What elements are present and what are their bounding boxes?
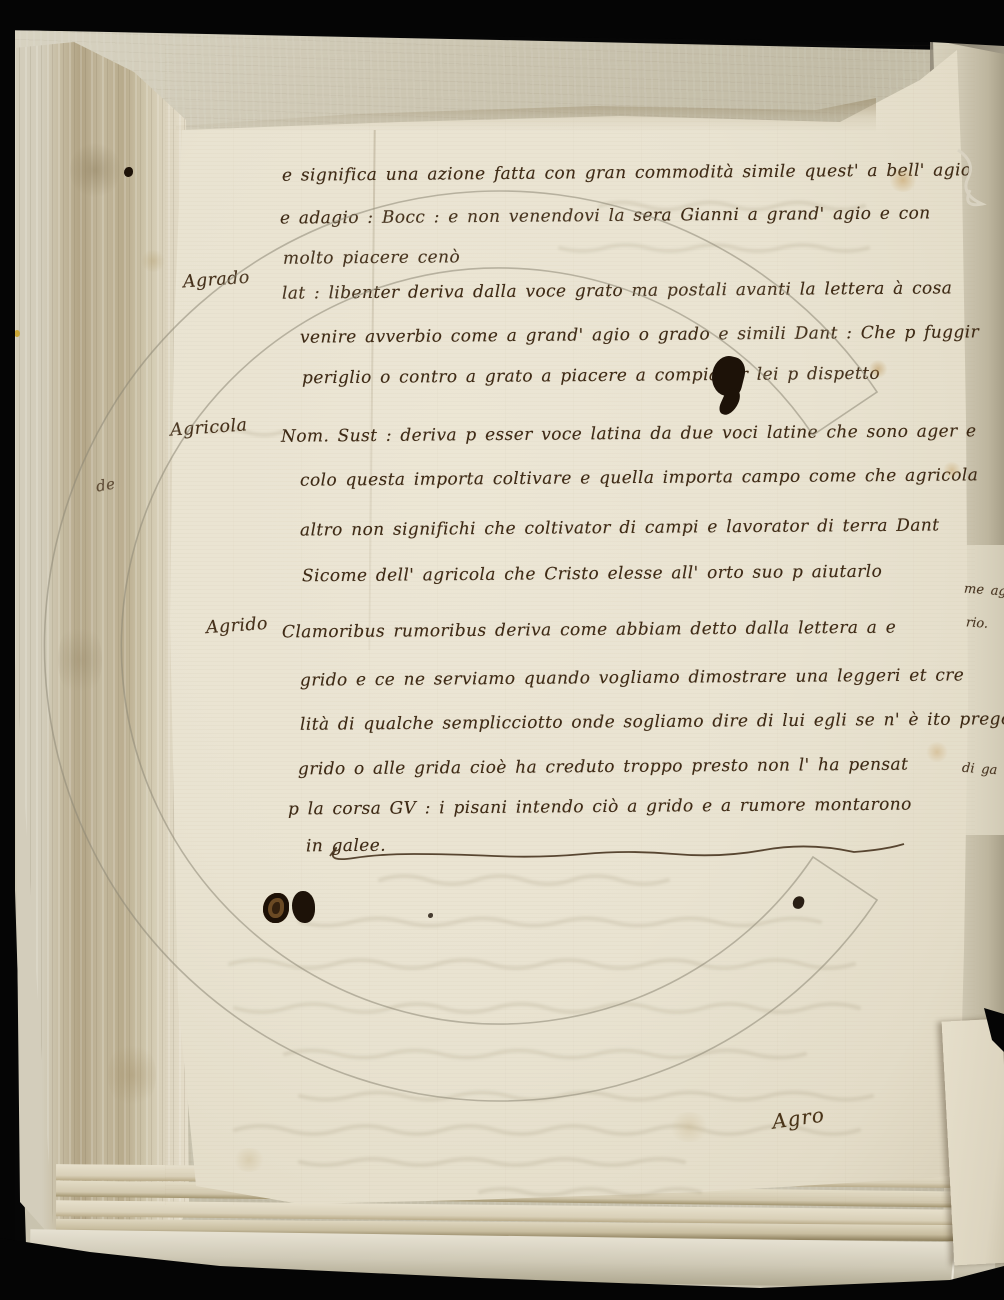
foxing-stain (888, 168, 918, 192)
foxing-stain (925, 742, 949, 762)
edge-blotch (108, 1040, 156, 1110)
foxing-stain (232, 1148, 266, 1172)
manuscript-line: in galee. (306, 836, 386, 857)
ink-blot-ring (263, 893, 289, 923)
photograph-of-manuscript-book: Agrado Agricola Agrido e significa una a… (0, 0, 1004, 1300)
ink-speck (428, 913, 433, 918)
edge-text-fragment: rio. (966, 615, 989, 632)
manuscript-line: molto piacere cenò (283, 247, 460, 268)
background-left (0, 0, 15, 1300)
foxing-stain (942, 462, 962, 478)
edge-text-fragment: me ag (964, 582, 1004, 600)
ink-dot (124, 167, 133, 177)
ink-blot (292, 891, 315, 923)
foxing-stain (868, 360, 888, 378)
foxing-stain (668, 1112, 710, 1142)
edge-text-fragment: di ga (962, 761, 998, 778)
edge-blotch (70, 140, 120, 200)
margin-pen-trial: de (95, 474, 117, 495)
foxing-stain (140, 250, 166, 272)
edge-blotch (58, 620, 102, 700)
